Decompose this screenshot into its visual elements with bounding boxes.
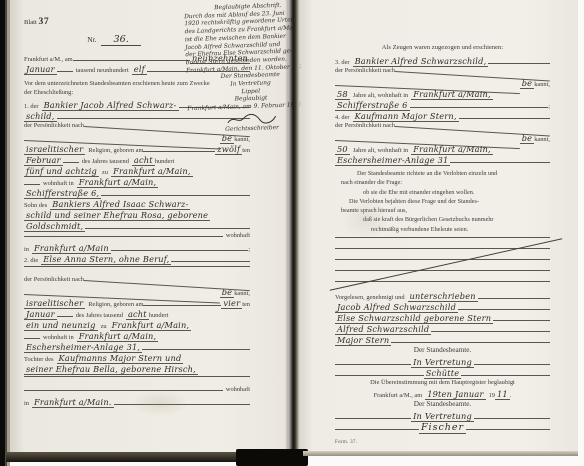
blank-line <box>335 269 550 280</box>
printed-religion-label: Religion, geboren am <box>88 301 143 308</box>
groom-father-line-2: schild und seiner Ehefrau Rosa, geborene <box>24 210 250 221</box>
groom-signature: Jacob Alfred Schwarzschild <box>335 302 458 313</box>
registrar-deputy-line: In Vertretung <box>335 357 550 368</box>
groom-parents-residence-label-line: wohnhaft <box>24 232 250 243</box>
blank-rule <box>493 319 550 321</box>
groom-birthmonth-line: Februar des Jahres tausend acht hundert <box>24 155 250 166</box>
sheet-label: Blatt <box>24 19 37 26</box>
vorgelesen-line: Vorgelesen, genehmigt und unterschrieben <box>335 291 550 302</box>
witness2-street-line: Eschersheimer-Anlage 31 <box>335 155 550 166</box>
groom-number-label: 1. der <box>24 103 39 110</box>
bride-birthday-handwriting: vier <box>221 298 242 309</box>
blank-rule <box>335 417 411 419</box>
blank-rule <box>114 403 250 405</box>
declaration-line: ob sie die Ehe mit einander eingehen wol… <box>341 188 550 197</box>
blank-line <box>24 265 250 276</box>
witness-header-line: Als Zeugen waren zugezogen und erschiene… <box>335 44 550 56</box>
registrar-title-line-2: Der Standesbeamte. <box>335 400 550 411</box>
declaration-line: rechtmäßig verbundene Eheleute seien. <box>341 225 550 234</box>
voided-blank-section <box>335 236 550 291</box>
certification-date-line: Frankfurt a/M., am 19ten Januar 19 11 . <box>335 389 550 400</box>
bride-mother-line: seiner Ehefrau Bella, geborene Hirsch, <box>24 364 250 375</box>
record-number-line: Nr. 36. <box>24 34 204 49</box>
printed-hundert: hundert <box>149 312 169 319</box>
registrar-signature-line-2: Fischer <box>335 422 550 433</box>
blank-rule <box>111 249 248 251</box>
blank-rule <box>450 161 550 163</box>
groom-father-line: Sohn des Bankiers Alfred Isaac Schwarz- <box>24 199 250 210</box>
printed-zu: zu <box>101 323 107 330</box>
declaration-line: beamte sprach hierauf aus, <box>341 206 550 215</box>
bride-birthyear-line: ein und neunzig zu Frankfurt a/Main, <box>24 320 250 331</box>
witness2-known-line: be kannt, <box>335 133 550 144</box>
unterschrieben-handwriting: unterschrieben <box>408 291 478 302</box>
handwritten-month: Januar <box>24 64 57 75</box>
bride-signature: Else Schwarzschild geborene Stern <box>335 313 493 324</box>
blank-rule <box>24 389 223 391</box>
printed-in: in <box>24 400 29 407</box>
signature-line: Else Schwarzschild geborene Stern <box>335 313 550 324</box>
groom-birthplace-handwriting: Frankfurt a/Main, <box>111 166 193 177</box>
bride-religion-handwriting: israelitischer <box>24 298 85 309</box>
in-vertretung-handwriting: In Vertretung <box>411 357 474 368</box>
bride-residence-handwriting: Frankfurt a/Main, <box>77 331 159 342</box>
groom-century-handwriting: acht <box>132 155 155 166</box>
printed-wohnhaft-in: wohnhaft in <box>43 334 74 341</box>
blank-rule <box>335 428 419 430</box>
bride-birthmonth-handwriting: Januar <box>24 309 57 320</box>
printed-zu: zu <box>102 169 108 176</box>
signature-line: Alfred Schwarzschild <box>335 324 550 335</box>
blank-rule <box>143 150 215 152</box>
groom-birthmonth-handwriting: Februar <box>24 155 63 166</box>
blank-rule <box>142 348 250 350</box>
bride-birthmonth-line: Januar des Jahres tausend acht hundert <box>24 309 250 320</box>
blank-rule <box>474 417 550 419</box>
blank-rule <box>24 183 40 185</box>
page-footer-form-number: Form. 37. <box>335 440 357 445</box>
blank-rule <box>24 265 250 267</box>
certification-text: Die Übereinstimmung mit dem Hauptregiste… <box>370 379 515 386</box>
groom-street-handwriting: Schifferstraße 6, <box>24 188 101 199</box>
registrar-signature: Schütte <box>424 368 462 379</box>
printed-semicolon: ; <box>548 103 550 110</box>
blank-line <box>335 236 550 247</box>
printed-year-label: des Jahres tausend <box>82 158 129 165</box>
groom-father-handwriting: Bankiers Alfred Isaac Schwarz- <box>50 199 190 210</box>
blank-rule <box>431 330 550 332</box>
declaration-line: daß sie kraft des Bürgerlichen Gesetzbuc… <box>341 215 550 224</box>
blank-rule <box>458 308 550 310</box>
printed-year-words: tausend neunhundert <box>76 67 129 74</box>
binding-bottom-shadow <box>236 449 308 466</box>
registrar-signature-2: Fischer <box>419 422 466 434</box>
bride-year-handwriting: ein und neunzig <box>24 320 98 331</box>
blank-rule <box>410 106 549 108</box>
bride-century-handwriting: acht <box>126 309 149 320</box>
printed-semicolon: ; <box>248 246 250 253</box>
blank-rule <box>335 269 550 271</box>
printed-year-label: des Jahres tausend <box>76 312 123 319</box>
witness1-name-line: 3. der Bankier Alfred Schwarzschild, <box>335 56 550 67</box>
declaration-line: Die Verlobten bejahten diese Frage und d… <box>341 197 550 206</box>
witness1-number-label: 3. der <box>335 59 350 66</box>
bride-birthplace-handwriting: Frankfurt a/Main, <box>110 320 192 331</box>
printed-wohnhaft-in: wohnhaft in <box>43 180 74 187</box>
sheet-number-value: 37 <box>38 16 49 27</box>
printed-religion-label: Religion, geboren am <box>88 147 143 154</box>
printed-ten-suffix: ten <box>242 147 250 154</box>
printed-kannt: kannt, <box>534 136 550 143</box>
right-page-content: Als Zeugen waren zugezogen und erschiene… <box>301 0 578 433</box>
groom-mother-line: Goldschmidt, <box>24 221 250 232</box>
blank-rule <box>171 260 250 262</box>
blank-line <box>24 375 250 386</box>
bride-street-line: Eschersheimer-Anlage 31, <box>24 342 250 353</box>
left-page: Blatt 37 Nr. 36. Frankfurt a/M., am neun… <box>10 0 288 454</box>
cert-date-handwriting: 19ten Januar <box>425 389 485 400</box>
blank-rule <box>335 363 411 365</box>
groom-name-handwriting: Bankier Jacob Alfred Schwarz- <box>42 100 179 111</box>
witness1-known-line: be kannt, <box>335 78 550 89</box>
groom-name-handwriting-2: schild, <box>24 111 57 122</box>
printed-identity-label: der Persönlichkeit nach <box>24 122 84 129</box>
printed-age-label: Jahre alt, wohnhaft in <box>353 92 408 99</box>
handwritten-year: elf <box>132 64 147 75</box>
printed-identity-label: der Persönlichkeit nach <box>24 276 84 283</box>
blank-rule <box>24 337 40 339</box>
printed-wohnhaft: wohnhaft <box>226 386 250 393</box>
printed-cert-city: Frankfurt a/M., am <box>374 392 423 399</box>
blank-rule <box>459 117 550 119</box>
registrar-title-line: Der Standesbeamte. <box>335 346 550 357</box>
bride-name-handwriting: Else Anna Stern, ohne Beruf, <box>41 254 171 265</box>
groom-residence-line: wohnhaft in Frankfurt a/Main, <box>24 177 250 188</box>
witness1-street-line: Schifferstraße 6 ; <box>335 100 550 111</box>
witness1-age-handwriting: 58 <box>335 89 350 100</box>
groom-mother-handwriting: Goldschmidt, <box>24 221 85 232</box>
scanned-register-spread: Blatt 37 Nr. 36. Frankfurt a/M., am neun… <box>0 0 584 466</box>
bride-father-handwriting: Kaufmanns Major Stern und <box>57 353 184 364</box>
cert-year-handwriting: 11 <box>495 389 510 400</box>
blank-rule <box>57 70 73 72</box>
blank-rule <box>488 62 550 64</box>
marriage-declaration-paragraph: Der Standesbeamte richtete an die Verlob… <box>341 169 550 234</box>
registrar-deputy-line-2: In Vertretung <box>335 411 550 422</box>
printed-vorgelesen-label: Vorgelesen, genehmigt und <box>335 294 405 301</box>
bride-father-line: Tochter des Kaufmanns Major Stern und <box>24 353 250 364</box>
printed-kannt: kannt, <box>534 81 550 88</box>
signature-line: Jacob Alfred Schwarzschild <box>335 302 550 313</box>
printed-in: in <box>24 246 29 253</box>
blank-rule <box>143 304 221 306</box>
blank-rule <box>63 161 79 163</box>
witness2-street-handwriting: Eschersheimer-Anlage 31 <box>335 155 450 166</box>
groom-parents-residence-handwriting: Frankfurt a/Main <box>32 243 111 254</box>
bride-identity-line: der Persönlichkeit nach <box>24 276 250 287</box>
bride-street-handwriting: Eschersheimer-Anlage 31, <box>24 342 142 353</box>
in-vertretung-handwriting-2: In Vertretung <box>411 411 474 422</box>
printed-tochter-label: Tochter des <box>24 356 54 363</box>
printed-ten-suffix: ten <box>242 301 250 308</box>
printed-sohn-label: Sohn des <box>24 202 47 209</box>
right-page-edge <box>303 451 578 456</box>
declaration-line: Der Standesbeamte richtete an die Verlob… <box>341 169 550 178</box>
witness2-signature: Major Stern <box>335 335 391 346</box>
blank-rule <box>24 375 250 377</box>
bride-number-label: 2. die <box>24 257 38 264</box>
printed-period: . <box>510 392 512 399</box>
blank-rule <box>335 374 424 376</box>
signature-line: Major Stern <box>335 335 550 346</box>
witness1-street-handwriting: Schifferstraße 6 <box>335 100 410 111</box>
record-number-label: Nr. <box>87 35 96 44</box>
blank-rule <box>85 227 250 229</box>
witness2-number-label: 4. der <box>335 114 350 121</box>
witness2-age-handwriting: 50 <box>335 144 350 155</box>
groom-parents-residence-line: in Frankfurt a/Main ; <box>24 243 250 254</box>
witness1-identity-line: der Persönlichkeit nach <box>335 67 550 78</box>
witness2-name-handwriting: Kaufmann Major Stern, <box>353 111 459 122</box>
bride-parents-residence-line: in Frankfurt a/Main. <box>24 397 250 408</box>
blank-rule <box>73 59 190 61</box>
blank-rule <box>101 194 250 196</box>
registrar-signature-line: Schütte <box>335 368 550 379</box>
registrar-title-2: Der Standesbeamte. <box>414 400 471 408</box>
right-page: Als Zeugen waren zugezogen und erschiene… <box>301 0 578 454</box>
printed-age-label: Jahre alt, wohnhaft in <box>353 147 408 154</box>
blank-rule <box>24 235 223 237</box>
blank-rule <box>474 363 550 365</box>
groom-residence-handwriting: Frankfurt a/Main, <box>77 177 159 188</box>
book-edge <box>0 0 10 466</box>
record-number-value: 36. <box>101 34 140 46</box>
bride-name-line: 2. die Else Anna Stern, ohne Beruf, <box>24 254 250 265</box>
groom-birthyear-line: fünf und achtzig zu Frankfurt a/Main, <box>24 166 250 177</box>
blank-rule <box>335 236 550 238</box>
witness2-identity-line: der Persönlichkeit nach <box>335 122 550 133</box>
bride-residence-line: wohnhaft in Frankfurt a/Main, <box>24 331 250 342</box>
blank-rule <box>391 341 550 343</box>
groom-street-line: Schifferstraße 6, <box>24 188 250 199</box>
printed-identity-label: der Persönlichkeit nach <box>335 122 395 129</box>
printed-city: Frankfurt a/M., am <box>24 56 73 63</box>
witness2-name-line: 4. der Kaufmann Major Stern, <box>335 111 550 122</box>
bride-parents-residence-handwriting: Frankfurt a/Main. <box>32 397 114 408</box>
blank-rule <box>461 374 550 376</box>
printed-wohnhaft: wohnhaft <box>226 232 250 239</box>
printed-identity-label: der Persönlichkeit nach <box>335 67 395 74</box>
blank-rule <box>335 258 550 260</box>
certification-line: Die Übereinstimmung mit dem Hauptregiste… <box>335 379 550 389</box>
registrar-title: Der Standesbeamte. <box>414 346 471 354</box>
groom-father-handwriting-2: schild und seiner Ehefrau Rosa, geborene <box>24 210 210 221</box>
blank-rule <box>57 315 73 317</box>
groom-religion-handwriting: israelitischer <box>24 144 85 155</box>
witness1-name-handwriting: Bankier Alfred Schwarzschild, <box>353 56 489 67</box>
bride-parents-residence-label-line: wohnhaft <box>24 386 250 397</box>
witness-header: Als Zeugen waren zugezogen und erschiene… <box>382 44 503 51</box>
witness1-signature: Alfred Schwarzschild <box>335 324 431 335</box>
bride-mother-handwriting: seiner Ehefrau Bella, geborene Hirsch, <box>24 364 198 375</box>
printed-hundert: hundert <box>155 158 175 165</box>
declaration-line: nach einander die Frage: <box>341 178 550 187</box>
blank-rule <box>466 428 550 430</box>
blank-rule <box>478 297 550 299</box>
groom-year-handwriting: fünf und achtzig <box>24 166 99 177</box>
